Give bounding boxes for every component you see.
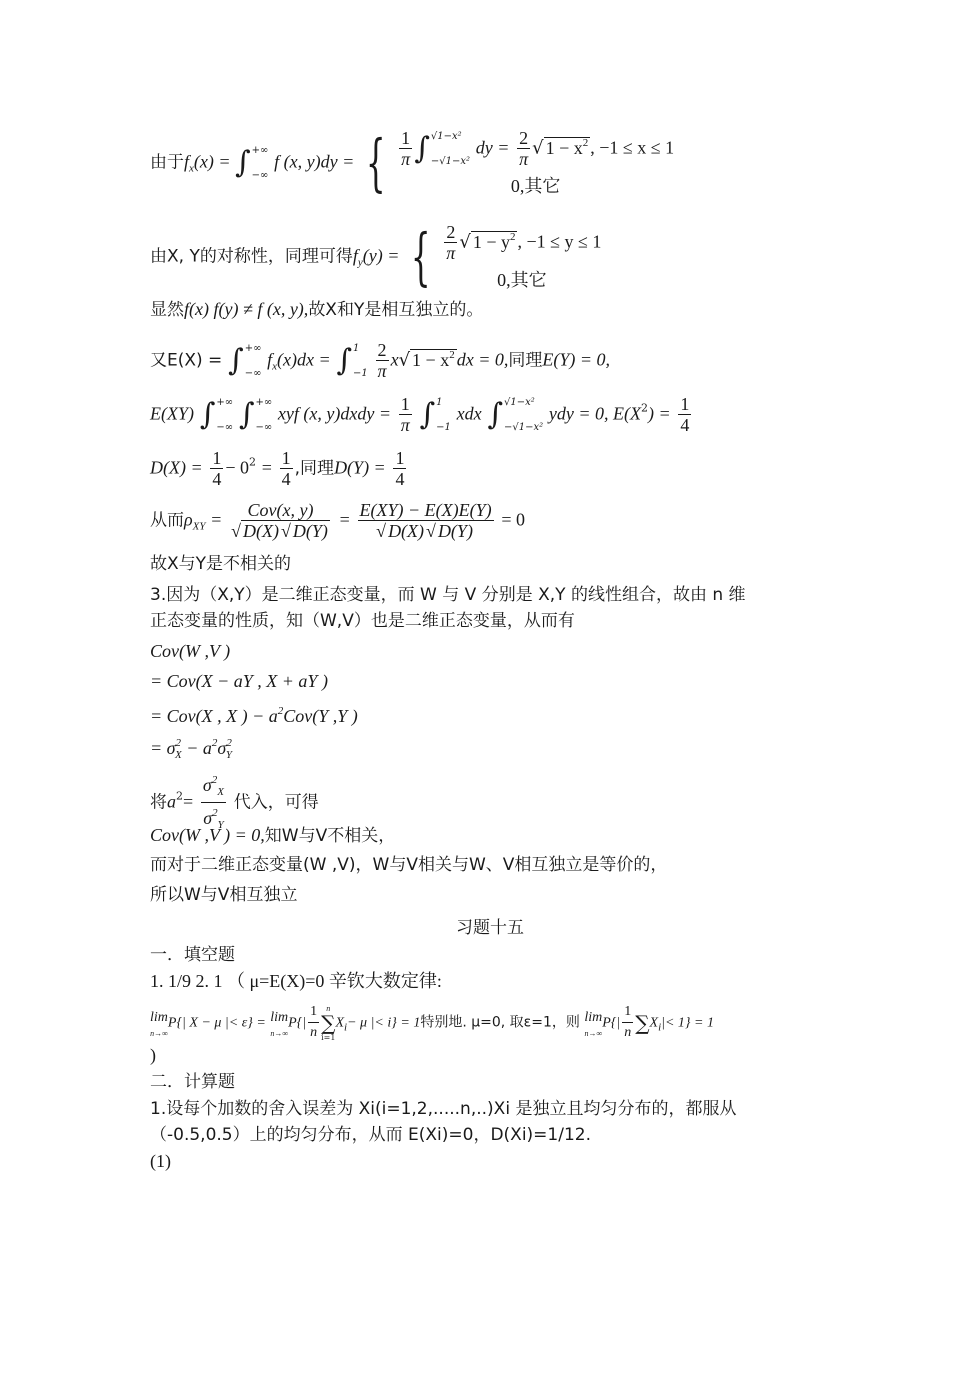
cov-expression: = σ2X − a2σ2Y: [150, 732, 232, 766]
math-text: (y) =: [363, 246, 400, 266]
case-row: 2π√1 − y2, −1 ≤ y ≤ 1: [442, 222, 601, 263]
math-text: ydy = 0, E(X: [549, 404, 641, 424]
fraction-denominator: π: [517, 149, 530, 169]
math-symbol: ρ: [184, 510, 193, 530]
sigma: σ: [203, 775, 212, 795]
lim: lim: [150, 1007, 168, 1029]
integral: ∫+∞−∞: [235, 145, 268, 181]
fraction-numerator: Cov(x, y): [246, 500, 316, 521]
cov-expression: Cov(W ,V ): [150, 640, 230, 662]
case-row: 0,其它: [397, 175, 674, 197]
math-text: = 0: [501, 510, 525, 530]
left-brace: {: [411, 226, 431, 288]
math-text: dy =: [476, 138, 510, 158]
fraction-denominator: 4: [280, 469, 293, 489]
math-text: − 0: [225, 458, 249, 478]
text: 由于: [150, 153, 184, 173]
sum-lower: i=1: [321, 1033, 335, 1042]
sqrt-content: 1 − x: [546, 138, 583, 158]
lim-subscript: n→∞: [270, 1029, 288, 1038]
math-text: P{|: [602, 1016, 620, 1031]
math-text: E(Y) = 0,: [542, 350, 610, 370]
text: 特别地. μ=0, 取ε=1，则: [420, 1015, 580, 1031]
math-symbol: x: [391, 350, 399, 370]
fraction-denominator: π: [399, 415, 412, 435]
text: 代入，可得: [234, 793, 319, 813]
fraction-denominator: √D(X)√D(Y): [229, 521, 332, 541]
text: 将: [150, 793, 167, 813]
fraction-numerator: 2: [517, 128, 530, 149]
integral-lower: −√1−x²: [504, 422, 543, 433]
integral-upper: 1: [436, 397, 451, 408]
fraction-numerator: σ2X: [201, 770, 226, 803]
text: 知W与V不相关，: [265, 826, 395, 846]
expectation-ex-equation: 又E(X) = ∫+∞−∞ fx(x)dx = ∫1−1 2πx√1 − x2d…: [150, 340, 610, 381]
math-text: dx = 0,: [457, 350, 509, 370]
integral-lower: −∞: [252, 170, 269, 181]
math-text: P{| X − μ |< ε} =: [168, 1016, 266, 1031]
fraction-numerator: 1: [399, 128, 412, 149]
math-text: − a: [182, 738, 212, 758]
math-text: D(Y) =: [334, 458, 386, 478]
text: 故X和Y是相互独立的。: [308, 300, 483, 320]
text: 又E(X) =: [150, 351, 222, 371]
uncorrelated-conclusion: 故X与Y是不相关的: [150, 553, 291, 575]
marginal-fy-equation: 由X, Y的对称性，同理可得fy(y) = { 2π√1 − y2, −1 ≤ …: [150, 222, 601, 291]
text: 从而: [150, 511, 184, 531]
math-symbol: X: [650, 1016, 659, 1031]
math-subscript: XY: [193, 521, 206, 533]
integral-upper: 1: [353, 343, 368, 354]
fraction-numerator: 1: [399, 394, 412, 415]
math-text: f(x) f(y) ≠ f (x, y),: [184, 299, 308, 319]
paragraph-line: 1.设每个加数的舍入误差为 Xi(i=1,2,.....n,..)Xi 是独立且…: [150, 1098, 736, 1120]
integral-lower: −√1−x²: [431, 156, 470, 167]
left-brace: {: [366, 132, 386, 194]
math-text: = σ: [150, 738, 176, 758]
fraction-denominator: π: [399, 149, 412, 169]
lim: lim: [270, 1007, 288, 1029]
part-heading: 一．填空题: [150, 944, 235, 966]
fraction-denominator: 4: [393, 469, 406, 489]
math-text: σ: [217, 738, 226, 758]
paragraph-line: 正态变量的性质，知（W,V）也是二维正态变量，从而有: [150, 610, 575, 632]
math-text: |< 1} = 1: [661, 1016, 714, 1031]
text: ,同理: [295, 459, 334, 479]
integral-upper: √1−x²: [431, 131, 470, 142]
math-text: E(XY): [150, 404, 194, 424]
math-text: Cov(W ,V ) = 0,: [150, 825, 265, 845]
fraction-numerator: 1: [280, 448, 293, 469]
law-of-large-numbers-formula: limn→∞P{| X − μ |< ε} = limn→∞P{|1nn∑i=1…: [150, 1002, 714, 1043]
math-condition: , −1 ≤ y ≤ 1: [517, 232, 601, 252]
variance-equation: D(X) = 14− 02 = 14,同理D(Y) = 14: [150, 448, 408, 489]
math-condition: , −1 ≤ x ≤ 1: [590, 138, 674, 158]
cov-expression: = Cov(X − aY , X + aY ): [150, 670, 328, 692]
integral-lower: −1: [436, 422, 451, 433]
math-symbol: a: [167, 792, 176, 812]
math-text: = Cov(X , X ) − a: [150, 706, 278, 726]
math-text: =: [211, 510, 221, 530]
paragraph-line: 所以W与V相互独立: [150, 884, 297, 906]
math-text: =: [262, 458, 272, 478]
fraction-numerator: 2: [376, 340, 389, 361]
integral-lower: −1: [353, 368, 368, 379]
independence-statement: 显然f(x) f(y) ≠ f (x, y),故X和Y是相互独立的。: [150, 298, 483, 321]
text: 同理: [508, 351, 542, 371]
text: 显然: [150, 300, 184, 320]
paragraph-line: 而对于二维正态变量(W ,V)，W与V相关与W、V相互独立是等价的，: [150, 854, 667, 876]
document-page: 由于fx(x) = ∫+∞−∞ f (x, y)dy = { 1π∫√1−x²−…: [0, 0, 980, 1386]
integral-upper: √1−x²: [504, 397, 543, 408]
sub-question-label: (1): [150, 1150, 171, 1172]
lim: lim: [584, 1007, 602, 1029]
paragraph-line: 3.因为（X,Y）是二维正态变量，而 W 与 V 分别是 X,Y 的线性组合，故…: [150, 584, 746, 606]
fraction-denominator: 4: [678, 415, 691, 435]
piecewise-cases: 2π√1 − y2, −1 ≤ y ≤ 1 0,其它: [442, 222, 601, 291]
math-symbol: X: [335, 1016, 344, 1031]
fraction-numerator: 1: [210, 448, 223, 469]
lim-subscript: n→∞: [150, 1029, 168, 1038]
closing-paren: ): [150, 1044, 156, 1066]
math-text: f (x, y)dy =: [274, 152, 354, 172]
math-text: − μ |< i} = 1: [347, 1016, 420, 1031]
sqrt-content: 1 − y: [473, 232, 510, 252]
lim-subscript: n→∞: [584, 1029, 602, 1038]
sqrt: 1 − x2: [544, 137, 591, 158]
math-text: =: [183, 792, 193, 812]
fraction-numerator: 2: [444, 222, 457, 243]
case-row: 0,其它: [442, 269, 601, 291]
fraction-denominator: π: [376, 361, 389, 381]
math-text: (x)dx =: [277, 350, 331, 370]
cov-zero-line: Cov(W ,V ) = 0,知W与V不相关，: [150, 824, 395, 847]
part-heading: 二．计算题: [150, 1071, 235, 1093]
fraction-numerator: E(XY) − E(X)E(Y): [358, 500, 494, 521]
sqrt-content: 1 − x: [412, 350, 449, 370]
marginal-fx-equation: 由于fx(x) = ∫+∞−∞ f (x, y)dy = { 1π∫√1−x²−…: [150, 128, 674, 197]
fraction-numerator: 1: [308, 1002, 319, 1023]
math-text: xyf (x, y)dxdy =: [278, 404, 391, 424]
section-title: 习题十五: [0, 917, 980, 939]
expectation-exy-equation: E(XY) ∫+∞−∞ ∫+∞−∞ xyf (x, y)dxdy = 1π ∫1…: [150, 394, 693, 435]
fraction-numerator: 1: [678, 394, 691, 415]
integral-upper: +∞: [252, 145, 269, 156]
fraction-denominator: π: [444, 243, 457, 263]
correlation-equation: 从而ρXY = Cov(x, y)√D(X)√D(Y) = E(XY) − E(…: [150, 500, 525, 541]
fraction-denominator: √D(X)√D(Y): [374, 521, 477, 541]
math-text: (x) =: [194, 152, 235, 172]
fill-in-answers: 1. 1/9 2. 1 （ μ=E(X)=0 辛钦大数定律:: [150, 970, 442, 992]
text: 由X, Y的对称性，同理可得: [150, 247, 353, 267]
fraction-numerator: 1: [393, 448, 406, 469]
math-text: ) =: [648, 404, 671, 424]
piecewise-cases: 1π∫√1−x²−√1−x² dy = 2π√1 − x2, −1 ≤ x ≤ …: [397, 128, 674, 197]
fraction-denominator: n: [308, 1023, 319, 1043]
math-text: Cov(Y ,Y ): [283, 706, 358, 726]
cov-expression: = Cov(X , X ) − a2Cov(Y ,Y ): [150, 700, 358, 727]
math-text: P{|: [288, 1016, 306, 1031]
paragraph-line: （-0.5,0.5）上的均匀分布，从而 E(Xi)=0，D(Xi)=1/12.: [150, 1124, 591, 1146]
case-row: 1π∫√1−x²−√1−x² dy = 2π√1 − x2, −1 ≤ x ≤ …: [397, 128, 674, 169]
math-text: xdx: [457, 404, 482, 424]
fraction-denominator: 4: [210, 469, 223, 489]
math-text: D(X) =: [150, 458, 203, 478]
